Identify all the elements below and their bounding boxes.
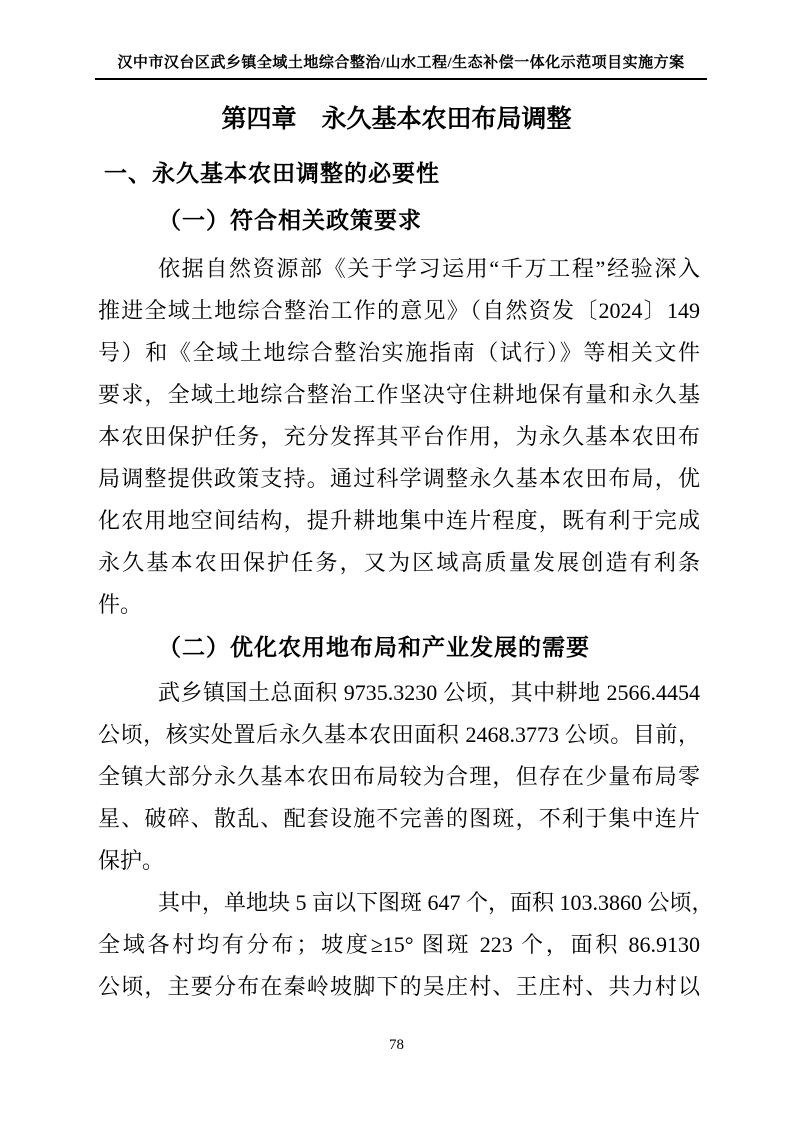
text-line: 推进全域土地综合整治工作的意见》（自然资发〔2024〕149	[98, 290, 700, 332]
text-line: 其中，单地块 5 亩以下图斑 647 个，面积 103.3860 公顷，	[98, 882, 700, 924]
text-line: 全域各村均有分布；坡度≥15° 图斑 223 个，面积 86.9130	[98, 924, 700, 966]
text-line: 公顷，主要分布在秦岭坡脚下的吴庄村、王庄村、共力村以	[98, 966, 700, 1008]
paragraph-land-area: 武乡镇国土总面积 9735.3230 公顷，其中耕地 2566.4454公顷，核…	[98, 672, 700, 882]
paragraph-policy-basis: 依据自然资源部《关于学习运用“千万工程”经验深入推进全域土地综合整治工作的意见》…	[98, 248, 700, 626]
document-page: 汉中市汉台区武乡镇全域土地综合整治/山水工程/生态补偿一体化示范项目实施方案 第…	[0, 0, 793, 1122]
subsection-heading-optimization: （二）优化农用地布局和产业发展的需要	[158, 629, 590, 662]
paragraph-plot-statistics: 其中，单地块 5 亩以下图斑 647 个，面积 103.3860 公顷，全域各村…	[98, 882, 700, 1008]
page-number: 78	[0, 1037, 793, 1054]
section-heading-necessity: 一、永久基本农田调整的必要性	[104, 155, 440, 188]
text-line: 武乡镇国土总面积 9735.3230 公顷，其中耕地 2566.4454	[98, 672, 700, 714]
text-line: 依据自然资源部《关于学习运用“千万工程”经验深入	[98, 248, 700, 290]
text-line: 公顷，核实处置后永久基本农田面积 2468.3773 公顷。目前，	[98, 714, 700, 756]
text-line: 要求，全域土地综合整治工作坚决守住耕地保有量和永久基	[98, 374, 700, 416]
text-line: 本农田保护任务，充分发挥其平台作用，为永久基本农田布	[98, 416, 700, 458]
page-header-title: 汉中市汉台区武乡镇全域土地综合整治/山水工程/生态补偿一体化示范项目实施方案	[117, 55, 684, 71]
page-header: 汉中市汉台区武乡镇全域土地综合整治/山水工程/生态补偿一体化示范项目实施方案	[95, 51, 707, 80]
text-line: 永久基本农田保护任务，又为区域高质量发展创造有利条	[98, 542, 700, 584]
text-line: 化农用地空间结构，提升耕地集中连片程度，既有利于完成	[98, 500, 700, 542]
subsection-heading-policy: （一）符合相关政策要求	[158, 202, 422, 235]
text-line: 全镇大部分永久基本农田布局较为合理，但存在少量布局零	[98, 756, 700, 798]
text-line: 保护。	[98, 840, 700, 882]
text-line: 星、破碎、散乱、配套设施不完善的图斑，不利于集中连片	[98, 798, 700, 840]
text-line: 局调整提供政策支持。通过科学调整永久基本农田布局，优	[98, 458, 700, 500]
chapter-title: 第四章 永久基本农田布局调整	[0, 99, 793, 135]
text-line: 件。	[98, 584, 700, 626]
text-line: 号）和《全域土地综合整治实施指南（试行）》等相关文件	[98, 332, 700, 374]
